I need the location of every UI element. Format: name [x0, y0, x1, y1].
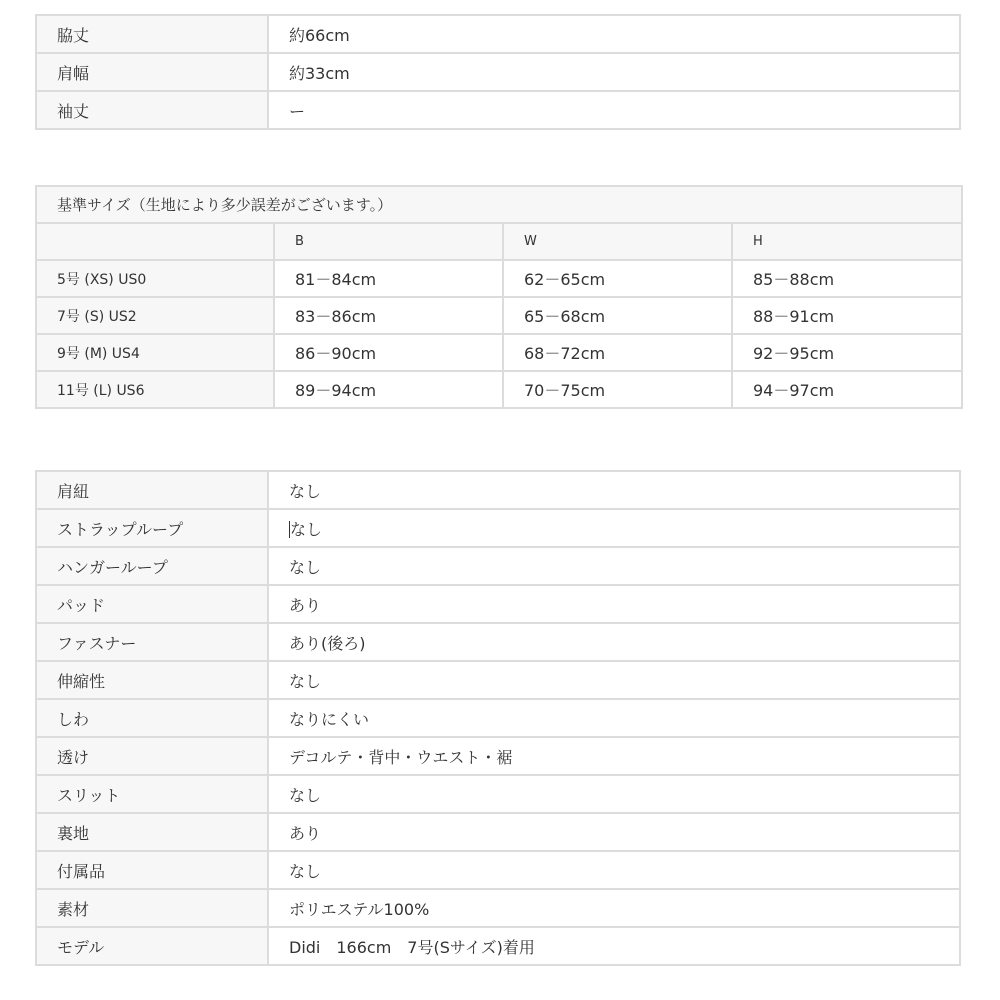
table-row: ファスナー あり(後ろ): [36, 623, 960, 661]
table-row: 肩紐 なし: [36, 471, 960, 509]
size-chart-caption-row: 基準サイズ（生地により多少誤差がございます。）: [36, 186, 962, 223]
table-row: ハンガーループ なし: [36, 547, 960, 585]
size-label: 5号 (XS) US0: [36, 260, 274, 297]
row-label-strap-loop: ストラップループ: [36, 509, 268, 547]
table-row: パッド あり: [36, 585, 960, 623]
table-row: 9号 (M) US4 86－90cm 68－72cm 92－95cm: [36, 334, 962, 371]
row-label-shoulder-strap: 肩紐: [36, 471, 268, 509]
row-label-material: 素材: [36, 889, 268, 927]
header-bust: B: [274, 223, 503, 260]
bust-value: 83－86cm: [274, 297, 503, 334]
hip-value: 85－88cm: [732, 260, 962, 297]
row-label-lining: 裏地: [36, 813, 268, 851]
size-label: 7号 (S) US2: [36, 297, 274, 334]
row-value-wrinkle: なりにくい: [268, 699, 960, 737]
table-row: 付属品 なし: [36, 851, 960, 889]
waist-value: 68－72cm: [503, 334, 732, 371]
hip-value: 94－97cm: [732, 371, 962, 408]
bust-value: 86－90cm: [274, 334, 503, 371]
waist-value: 70－75cm: [503, 371, 732, 408]
size-chart-table: 基準サイズ（生地により多少誤差がございます。） B W H 5号 (XS) US…: [35, 185, 963, 409]
row-value-side-length: 約66cm: [268, 15, 960, 53]
details-table: 肩紐 なし ストラップループ なし ハンガーループ なし パッド あり ファスナ…: [35, 470, 961, 966]
row-value-lining: あり: [268, 813, 960, 851]
row-value-pad: あり: [268, 585, 960, 623]
table-row: 7号 (S) US2 83－86cm 65－68cm 88－91cm: [36, 297, 962, 334]
header-hip: H: [732, 223, 962, 260]
row-label-model: モデル: [36, 927, 268, 965]
measurements-table: 脇丈 約66cm 肩幅 約33cm 袖丈 ー: [35, 14, 961, 130]
row-value-shoulder-width: 約33cm: [268, 53, 960, 91]
row-value-slit: なし: [268, 775, 960, 813]
table-row: 脇丈 約66cm: [36, 15, 960, 53]
waist-value: 65－68cm: [503, 297, 732, 334]
row-label-sheer: 透け: [36, 737, 268, 775]
table-row: モデル Didi 166cm 7号(Sサイズ)着用: [36, 927, 960, 965]
row-label-wrinkle: しわ: [36, 699, 268, 737]
waist-value: 62－65cm: [503, 260, 732, 297]
table-row: 透け デコルテ・背中・ウエスト・裾: [36, 737, 960, 775]
row-label-hanger-loop: ハンガーループ: [36, 547, 268, 585]
table-row: スリット なし: [36, 775, 960, 813]
row-value-sleeve-length: ー: [268, 91, 960, 129]
table-row: 肩幅 約33cm: [36, 53, 960, 91]
row-label-slit: スリット: [36, 775, 268, 813]
hip-value: 88－91cm: [732, 297, 962, 334]
row-value-accessories: なし: [268, 851, 960, 889]
row-value-sheer: デコルテ・背中・ウエスト・裾: [268, 737, 960, 775]
row-label-sleeve-length: 袖丈: [36, 91, 268, 129]
bust-value: 81－84cm: [274, 260, 503, 297]
size-chart-caption: 基準サイズ（生地により多少誤差がございます。）: [36, 186, 962, 223]
table-row: 素材 ポリエステル100%: [36, 889, 960, 927]
strap-loop-text: なし: [290, 520, 322, 539]
row-value-model: Didi 166cm 7号(Sサイズ)着用: [268, 927, 960, 965]
hip-value: 92－95cm: [732, 334, 962, 371]
row-label-stretch: 伸縮性: [36, 661, 268, 699]
table-row: 11号 (L) US6 89－94cm 70－75cm 94－97cm: [36, 371, 962, 408]
row-value-stretch: なし: [268, 661, 960, 699]
size-chart-header-row: B W H: [36, 223, 962, 260]
table-row: しわ なりにくい: [36, 699, 960, 737]
row-label-fastener: ファスナー: [36, 623, 268, 661]
row-value-hanger-loop: なし: [268, 547, 960, 585]
table-row: 5号 (XS) US0 81－84cm 62－65cm 85－88cm: [36, 260, 962, 297]
header-waist: W: [503, 223, 732, 260]
row-value-shoulder-strap: なし: [268, 471, 960, 509]
header-blank: [36, 223, 274, 260]
table-row: 裏地 あり: [36, 813, 960, 851]
row-label-accessories: 付属品: [36, 851, 268, 889]
row-value-material: ポリエステル100%: [268, 889, 960, 927]
row-label-side-length: 脇丈: [36, 15, 268, 53]
table-row: 伸縮性 なし: [36, 661, 960, 699]
row-label-pad: パッド: [36, 585, 268, 623]
size-label: 11号 (L) US6: [36, 371, 274, 408]
size-label: 9号 (M) US4: [36, 334, 274, 371]
bust-value: 89－94cm: [274, 371, 503, 408]
table-row: 袖丈 ー: [36, 91, 960, 129]
row-value-strap-loop: なし: [268, 509, 960, 547]
row-label-shoulder-width: 肩幅: [36, 53, 268, 91]
row-value-fastener: あり(後ろ): [268, 623, 960, 661]
table-row: ストラップループ なし: [36, 509, 960, 547]
